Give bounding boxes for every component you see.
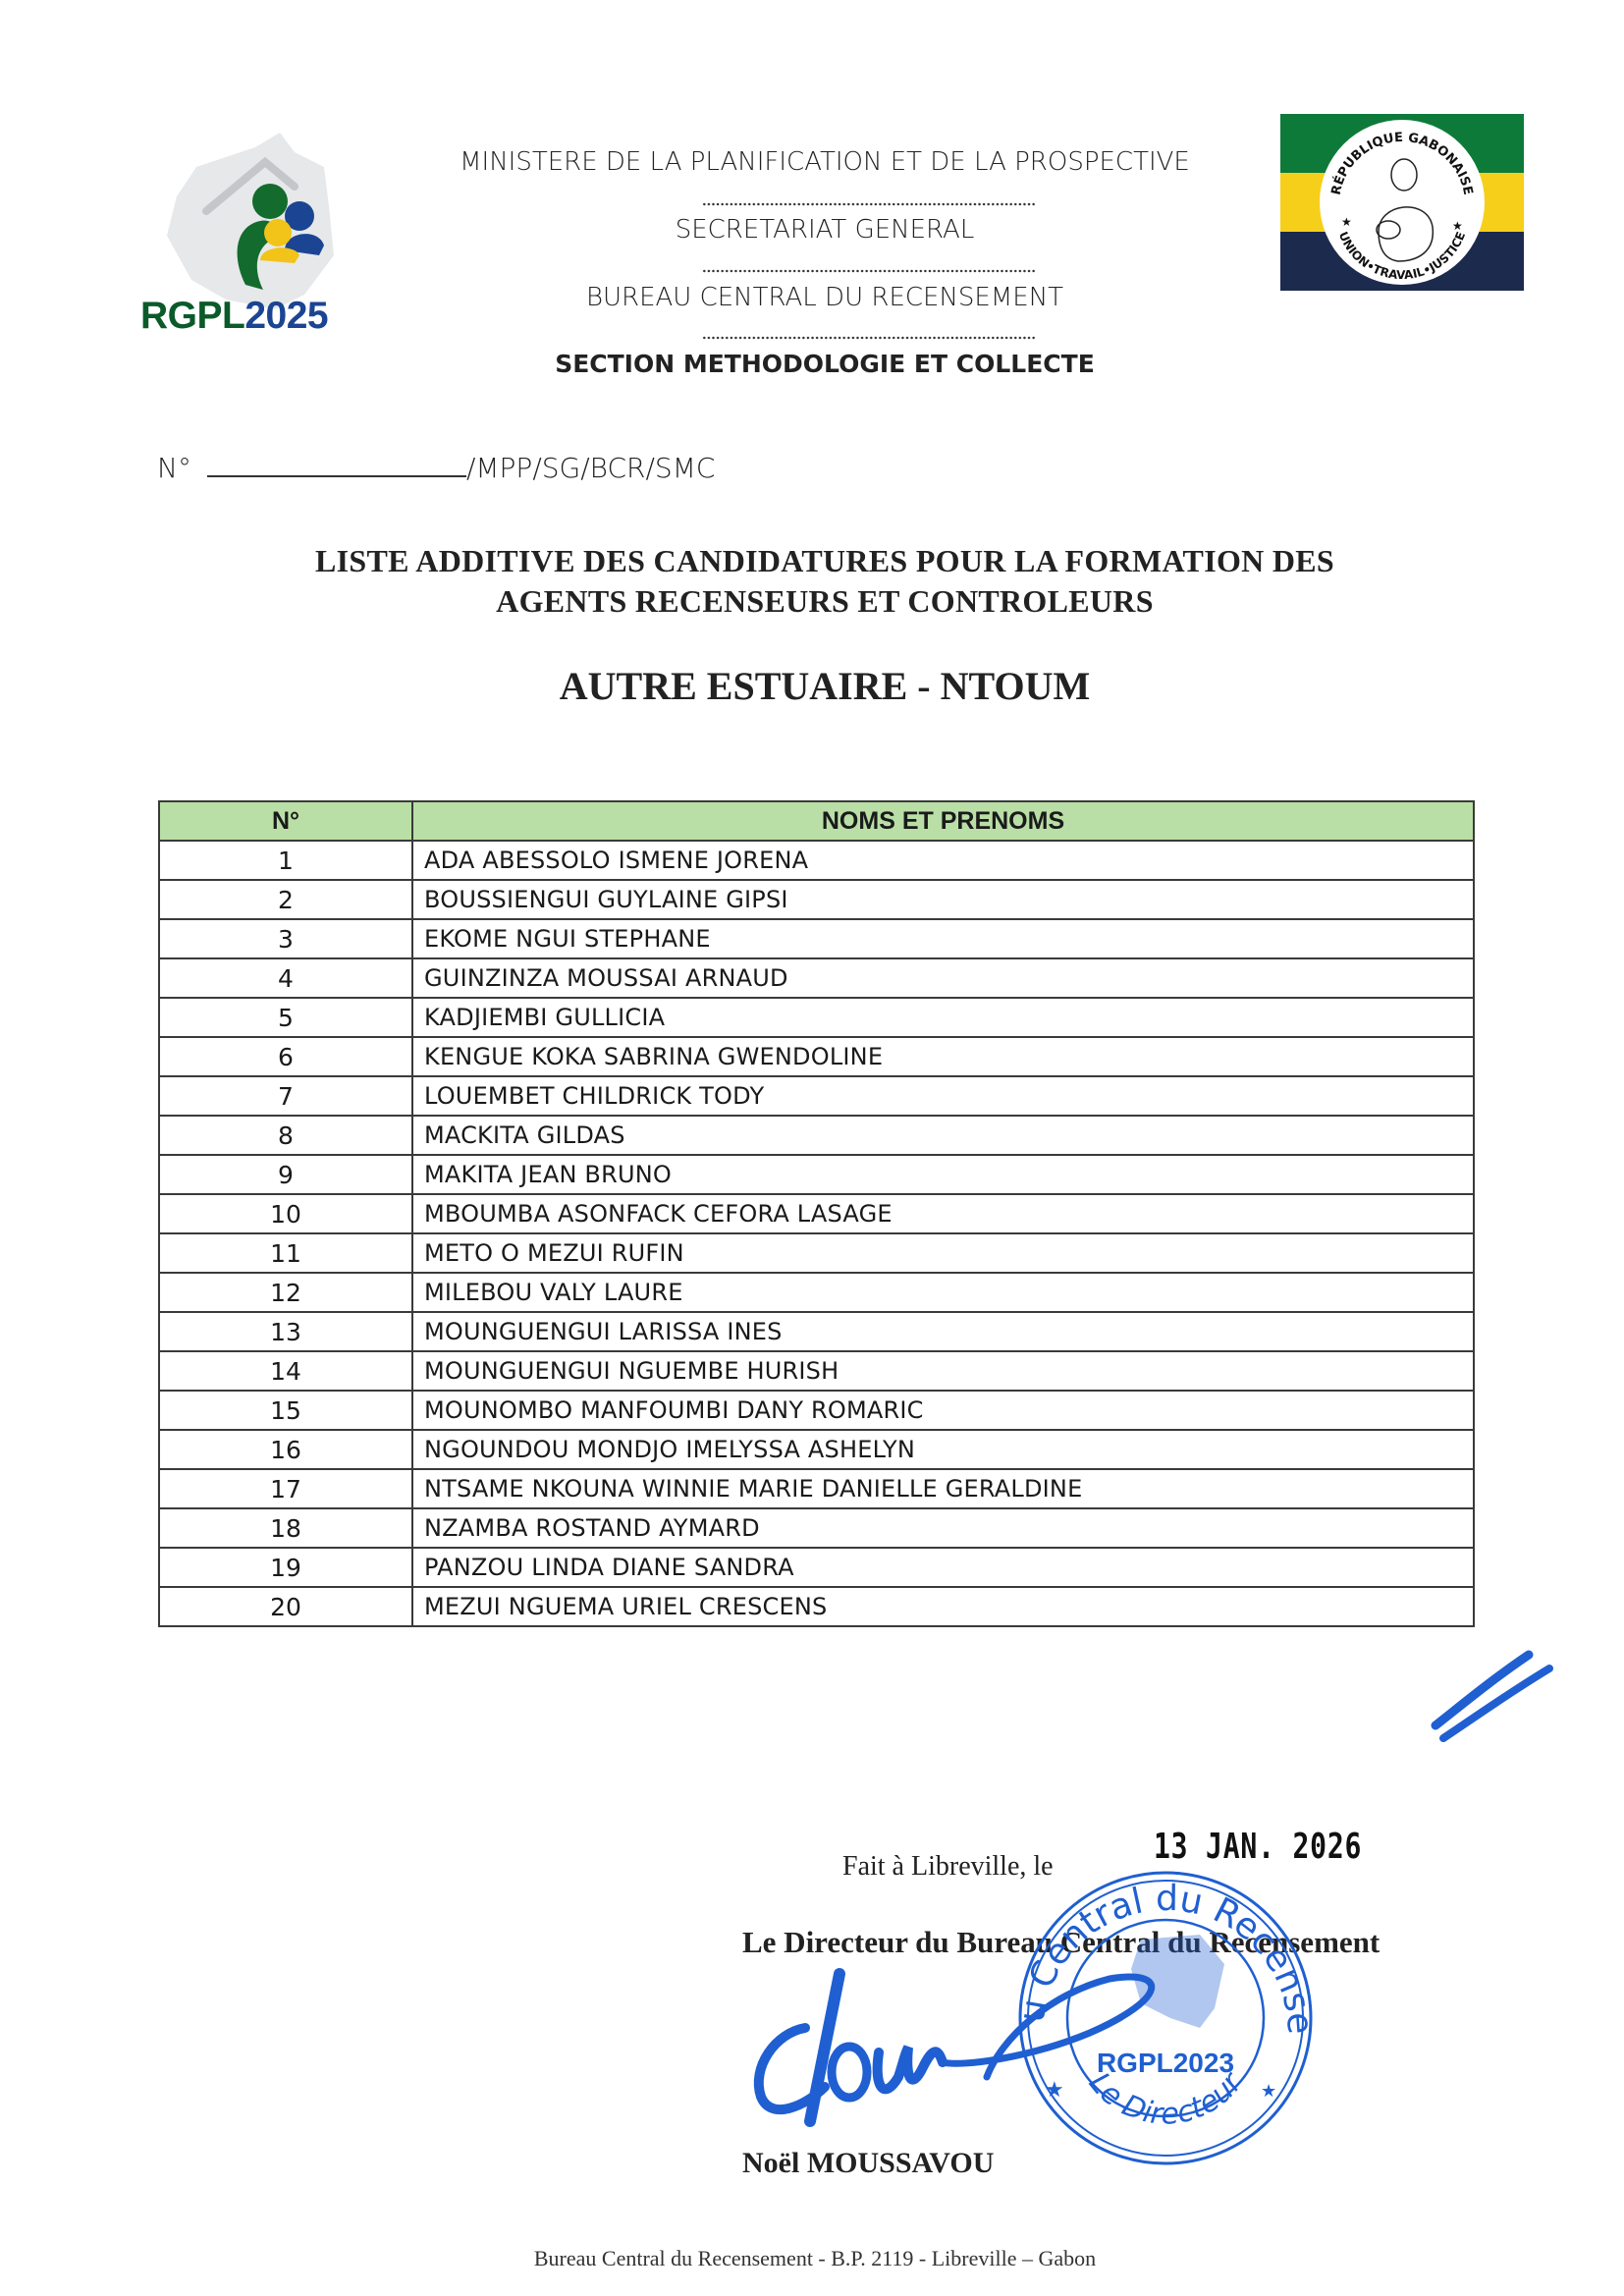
row-number: 15 (159, 1391, 412, 1430)
row-number: 4 (159, 958, 412, 998)
row-number: 14 (159, 1351, 412, 1391)
table-row: 6KENGUE KOKA SABRINA GWENDOLINE (159, 1037, 1474, 1076)
row-number: 1 (159, 841, 412, 880)
reference-prefix: N° (157, 452, 191, 484)
candidate-name: KADJIEMBI GULLICIA (412, 998, 1474, 1037)
table-row: 13MOUNGUENGUI LARISSA INES (159, 1312, 1474, 1351)
table-row: 20MEZUI NGUEMA URIEL CRESCENS (159, 1587, 1474, 1626)
row-number: 7 (159, 1076, 412, 1116)
row-number: 2 (159, 880, 412, 919)
candidate-name: EKOME NGUI STEPHANE (412, 919, 1474, 958)
candidate-name: ADA ABESSOLO ISMENE JORENA (412, 841, 1474, 880)
candidate-name: MACKITA GILDAS (412, 1116, 1474, 1155)
candidate-name: BOUSSIENGUI GUYLAINE GIPSI (412, 880, 1474, 919)
document-subtitle: AUTRE ESTUAIRE - NTOUM (177, 663, 1473, 709)
logo-text-green: RGPL (140, 295, 244, 337)
row-number: 19 (159, 1548, 412, 1587)
candidate-name: METO O MEZUI RUFIN (412, 1233, 1474, 1273)
table-row: 1ADA ABESSOLO ISMENE JORENA (159, 841, 1474, 880)
row-number: 11 (159, 1233, 412, 1273)
reference-blank-field (207, 454, 466, 477)
candidate-name: MEZUI NGUEMA URIEL CRESCENS (412, 1587, 1474, 1626)
table-row: 3EKOME NGUI STEPHANE (159, 919, 1474, 958)
candidate-name: NGOUNDOU MONDJO IMELYSSA ASHELYN (412, 1430, 1474, 1469)
ministry-name: MINISTERE DE LA PLANIFICATION ET DE LA P… (432, 147, 1218, 177)
table-row: 18NZAMBA ROSTAND AYMARD (159, 1508, 1474, 1548)
table-row: 8MACKITA GILDAS (159, 1116, 1474, 1155)
table-row: 9MAKITA JEAN BRUNO (159, 1155, 1474, 1194)
table-row: 4GUINZINZA MOUSSAI ARNAUD (159, 958, 1474, 998)
column-header-number: N° (159, 801, 412, 841)
candidate-name: GUINZINZA MOUSSAI ARNAUD (412, 958, 1474, 998)
row-number: 16 (159, 1430, 412, 1469)
table-row: 11METO O MEZUI RUFIN (159, 1233, 1474, 1273)
candidate-name: KENGUE KOKA SABRINA GWENDOLINE (412, 1037, 1474, 1076)
gabon-emblem-icon: RÉPUBLIQUE GABONAISE UNION•TRAVAIL•JUSTI… (1280, 114, 1524, 291)
candidate-name: MOUNGUENGUI NGUEMBE HURISH (412, 1351, 1474, 1391)
table-row: 2BOUSSIENGUI GUYLAINE GIPSI (159, 880, 1474, 919)
table-row: 19PANZOU LINDA DIANE SANDRA (159, 1548, 1474, 1587)
column-header-names: NOMS ET PRENOMS (412, 801, 1474, 841)
table-row: 14MOUNGUENGUI NGUEMBE HURISH (159, 1351, 1474, 1391)
secretariat-name: SECRETARIAT GENERAL (432, 215, 1218, 245)
candidate-name: MAKITA JEAN BRUNO (412, 1155, 1474, 1194)
row-number: 5 (159, 998, 412, 1037)
bureau-name: BUREAU CENTRAL DU RECENSEMENT (432, 283, 1218, 312)
rgpl-logo-text: RGPL2025 (140, 295, 328, 338)
table-row: 7LOUEMBET CHILDRICK TODY (159, 1076, 1474, 1116)
title-line-2: AGENTS RECENSEURS ET CONTROLEURS (177, 581, 1473, 622)
row-number: 18 (159, 1508, 412, 1548)
dotted-separator (702, 269, 1036, 273)
candidate-name: MILEBOU VALY LAURE (412, 1273, 1474, 1312)
table-header-row: N° NOMS ET PRENOMS (159, 801, 1474, 841)
table-row: 12MILEBOU VALY LAURE (159, 1273, 1474, 1312)
logo-text-blue: 2025 (244, 295, 328, 337)
row-number: 20 (159, 1587, 412, 1626)
table-row: 10MBOUMBA ASONFACK CEFORA LASAGE (159, 1194, 1474, 1233)
svg-text:★: ★ (1341, 215, 1352, 229)
handwritten-marks-icon (1414, 1635, 1571, 1753)
svg-text:★: ★ (1452, 219, 1463, 233)
row-number: 13 (159, 1312, 412, 1351)
row-number: 8 (159, 1116, 412, 1155)
svg-text:★: ★ (1261, 2081, 1276, 2101)
candidate-name: MOUNGUENGUI LARISSA INES (412, 1312, 1474, 1351)
row-number: 17 (159, 1469, 412, 1508)
footer-address: Bureau Central du Recensement - B.P. 211… (324, 2246, 1306, 2271)
row-number: 3 (159, 919, 412, 958)
row-number: 9 (159, 1155, 412, 1194)
row-number: 10 (159, 1194, 412, 1233)
signatory-name: Noël MOUSSAVOU (742, 2147, 994, 2180)
candidate-name: NZAMBA ROSTAND AYMARD (412, 1508, 1474, 1548)
row-number: 12 (159, 1273, 412, 1312)
reference-number: N°/MPP/SG/BCR/SMC (157, 452, 715, 484)
candidate-name: LOUEMBET CHILDRICK TODY (412, 1076, 1474, 1116)
dotted-separator (702, 202, 1036, 206)
candidate-name: PANZOU LINDA DIANE SANDRA (412, 1548, 1474, 1587)
row-number: 6 (159, 1037, 412, 1076)
candidate-name: MBOUMBA ASONFACK CEFORA LASAGE (412, 1194, 1474, 1233)
title-line-1: LISTE ADDITIVE DES CANDIDATURES POUR LA … (177, 541, 1473, 581)
table-row: 16NGOUNDOU MONDJO IMELYSSA ASHELYN (159, 1430, 1474, 1469)
table-row: 17NTSAME NKOUNA WINNIE MARIE DANIELLE GE… (159, 1469, 1474, 1508)
signature-icon (736, 1949, 1208, 2146)
dotted-separator (702, 336, 1036, 340)
section-name: SECTION METHODOLOGIE ET COLLECTE (432, 350, 1218, 378)
reference-suffix: /MPP/SG/BCR/SMC (466, 452, 715, 484)
candidate-name: MOUNOMBO MANFOUMBI DANY ROMARIC (412, 1391, 1474, 1430)
table-row: 15MOUNOMBO MANFOUMBI DANY ROMARIC (159, 1391, 1474, 1430)
table-row: 5KADJIEMBI GULLICIA (159, 998, 1474, 1037)
candidate-name: NTSAME NKOUNA WINNIE MARIE DANIELLE GERA… (412, 1469, 1474, 1508)
document-title: LISTE ADDITIVE DES CANDIDATURES POUR LA … (177, 541, 1473, 622)
candidates-table: N° NOMS ET PRENOMS 1ADA ABESSOLO ISMENE … (158, 800, 1475, 1627)
